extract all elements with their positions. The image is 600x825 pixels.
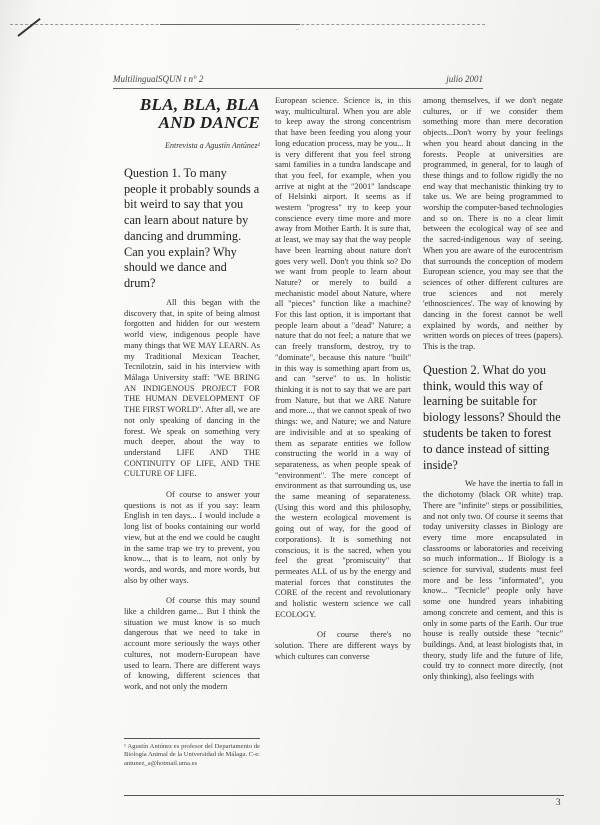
question-2-heading: Question 2. What do you think, would thi…	[423, 363, 563, 474]
paragraph: European science. Science is, in this wa…	[275, 96, 411, 620]
title-line-1: BLA, BLA, BLA	[124, 96, 260, 114]
running-header: MultilingualSQUN t n° 2 julio 2001	[113, 74, 483, 89]
article-title: BLA, BLA, BLA AND DANCE	[124, 96, 260, 132]
paragraph: All this began with the discovery that, …	[124, 298, 260, 480]
question-1-heading: Question 1. To many people it probably s…	[124, 166, 260, 292]
publication-name: MultilingualSQUN t n° 2	[113, 74, 203, 84]
bottom-divider	[124, 795, 564, 797]
page-number: 3	[556, 797, 561, 807]
title-line-2: AND DANCE	[124, 114, 260, 132]
paragraph: Of course to answer your questions is no…	[124, 490, 260, 586]
footnote: ¹ Agustín Antúnez es profesor del Depart…	[124, 743, 260, 768]
scan-edge-line-dark	[160, 24, 300, 26]
article-subtitle: Entrevista a Agustín Antúnez¹	[124, 141, 260, 152]
paragraph: Of course there's no solution. There are…	[275, 630, 411, 662]
issue-date: julio 2001	[446, 74, 483, 84]
column-1: BLA, BLA, BLA AND DANCE Entrevista a Agu…	[124, 96, 260, 693]
footnote-divider	[124, 738, 260, 739]
paragraph: among themselves, if we don't negate cul…	[423, 96, 563, 353]
top-mark: ~	[296, 28, 299, 33]
column-3: among themselves, if we don't negate cul…	[423, 96, 563, 683]
paragraph: We have the inertia to fall in the dicho…	[423, 479, 563, 682]
paragraph: Of course this may sound like a children…	[124, 596, 260, 692]
column-2: European science. Science is, in this wa…	[275, 96, 411, 663]
